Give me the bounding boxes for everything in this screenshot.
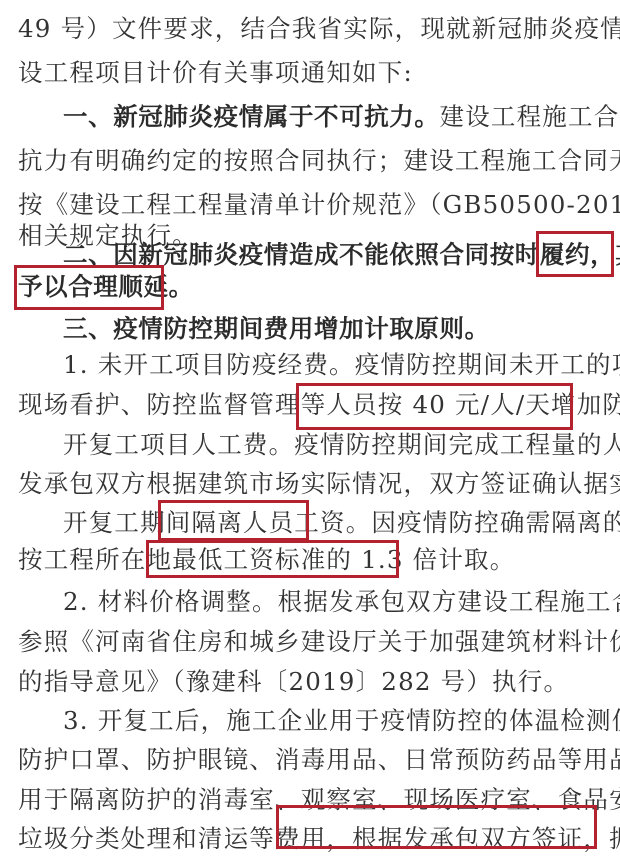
text-line: 防护口罩、防护眼镜、消毒用品、日常预防药品等用品用具以及 <box>18 745 620 775</box>
text-line: 开复工项目人工费。疫情防控期间完成工程量的人工费，由 <box>63 430 620 460</box>
section-heading: 一、新冠肺炎疫情属于不可抗力。 <box>63 102 440 131</box>
text-line: 2. 材料价格调整。根据发承包双方建设工程施工合同约定， <box>63 587 620 617</box>
text-segment: 3. 开复工后，施工企业用于疫情防控的体温检测仪器、设备、 <box>63 706 620 735</box>
text-segment: 1. 未开工项目防疫经费。疫情防控期间未开工的项目，工地 <box>63 350 620 379</box>
section-three-heading-line: 三、疫情防控期间费用增加计取原则。 <box>63 314 490 344</box>
text-line: 1. 未开工项目防疫经费。疫情防控期间未开工的项目，工地 <box>63 350 620 380</box>
text-segment: 发承包双方根据建筑市场实际情况，双方签证确认据实调整。 <box>18 469 620 498</box>
text-segment: 2. 材料价格调整。根据发承包双方建设工程施工合同约定， <box>63 587 620 616</box>
text-segment: 49 号）文件要求，结合我省实际，现就新冠肺炎疫情防控期间建 <box>18 14 620 43</box>
highlight-box <box>146 540 399 578</box>
section-heading: 三、疫情防控期间费用增加计取原则。 <box>63 314 490 343</box>
text-line: 的指导意见》（豫建科〔2019〕282 号）执行。 <box>18 667 569 697</box>
text-segment: 开复工项目人工费。疫情防控期间完成工程量的人工费，由 <box>63 430 620 459</box>
text-segment: 设工程项目计价有关事项通知如下: <box>18 58 413 87</box>
text-line: 3. 开复工后，施工企业用于疫情防控的体温检测仪器、设备、 <box>63 706 620 736</box>
section-one-heading-line: 一、新冠肺炎疫情属于不可抗力。建设工程施工合同对不可 <box>63 102 620 132</box>
highlight-box <box>158 500 309 541</box>
text-segment: 开复工期间隔离人员工资。因疫情防控确需隔离的人员工资 <box>63 508 620 537</box>
text-line: 抗力有明确约定的按照合同执行；建设工程施工合同无约定的， <box>18 146 620 176</box>
text-segment: 参照《河南省住房和城乡建设厅关于加强建筑材料计价风险管控 <box>18 627 620 656</box>
text-segment: 建设工程施工合同对不可 <box>440 102 620 131</box>
text-segment: 按《建设工程工程量清单计价规范》（GB50500-2013）不可抗力 <box>18 190 620 219</box>
text-segment: 防护口罩、防护眼镜、消毒用品、日常预防药品等用品用具以及 <box>18 745 620 774</box>
highlight-box <box>536 231 614 277</box>
text-line: 按《建设工程工程量清单计价规范》（GB50500-2013）不可抗力 <box>18 190 620 220</box>
text-line: 参照《河南省住房和城乡建设厅关于加强建筑材料计价风险管控 <box>18 627 620 657</box>
highlight-box <box>14 265 164 310</box>
text-segment: 的指导意见》（豫建科〔2019〕282 号）执行。 <box>18 667 569 696</box>
text-line: 49 号）文件要求，结合我省实际，现就新冠肺炎疫情防控期间建 <box>18 14 620 44</box>
text-line: 发承包双方根据建筑市场实际情况，双方签证确认据实调整。 <box>18 469 620 499</box>
text-line: 设工程项目计价有关事项通知如下: <box>18 58 413 88</box>
highlight-box <box>276 805 597 849</box>
text-segment: 抗力有明确约定的按照合同执行；建设工程施工合同无约定的， <box>18 146 620 175</box>
highlight-box <box>296 383 573 430</box>
text-line: 开复工期间隔离人员工资。因疫情防控确需隔离的人员工资 <box>63 508 620 538</box>
